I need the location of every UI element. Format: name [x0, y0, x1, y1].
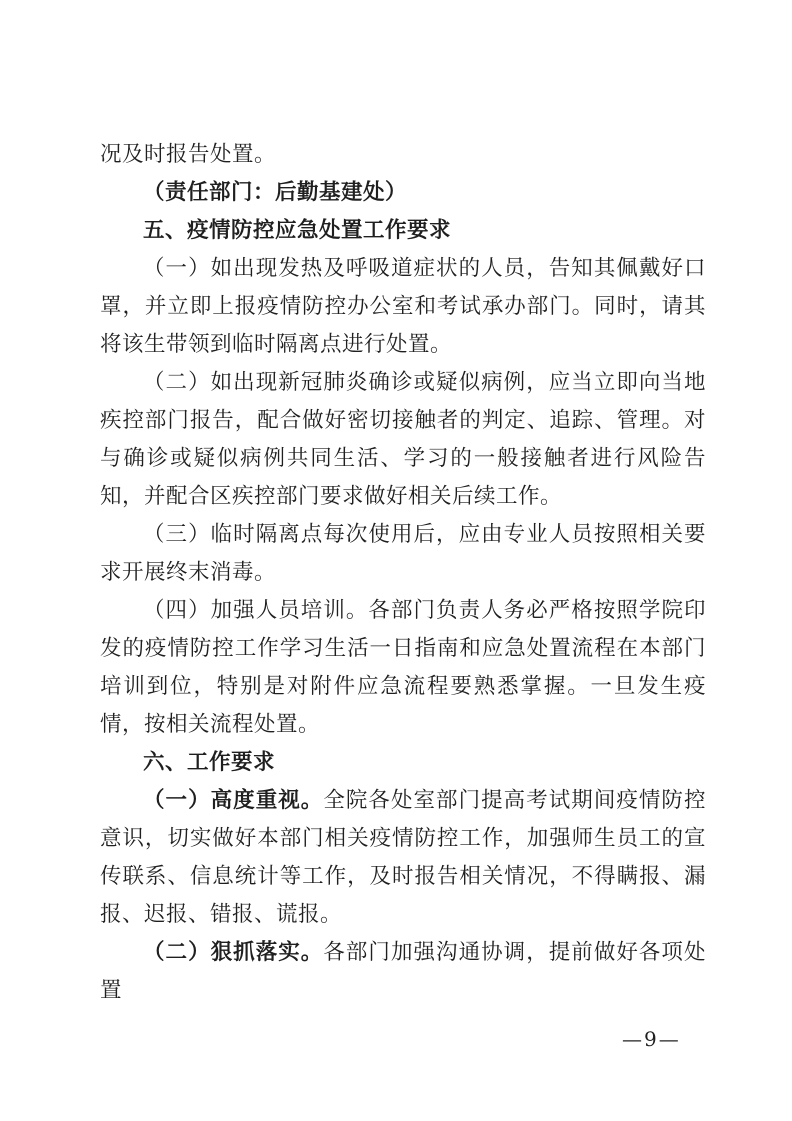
paragraph-5-2: （二）如出现新冠肺炎确诊或疑似病例，应当立即向当地疾控部门报告，配合做好密切接触… — [100, 364, 706, 516]
paragraph-6-2-lead: （二）狠抓落实。 — [143, 940, 323, 965]
heading-section-6: 六、工作要求 — [100, 744, 706, 782]
paragraph-continuation: 况及时报告处置。 — [100, 136, 706, 174]
page-number: —9— — [622, 1028, 681, 1050]
responsible-department-line: （责任部门：后勤基建处） — [100, 174, 706, 212]
paragraph-5-1: （一）如出现发热及呼吸道症状的人员，告知其佩戴好口罩，并立即上报疫情防控办公室和… — [100, 250, 706, 364]
document-page: 况及时报告处置。 （责任部门：后勤基建处） 五、疫情防控应急处置工作要求 （一）… — [0, 0, 792, 1121]
paragraph-6-1: （一）高度重视。全院各处室部门提高考试期间疫情防控意识，切实做好本部门相关疫情防… — [100, 782, 706, 934]
paragraph-6-2: （二）狠抓落实。各部门加强沟通协调，提前做好各项处置 — [100, 934, 706, 1010]
paragraph-5-4: （四）加强人员培训。各部门负责人务必严格按照学院印发的疫情防控工作学习生活一日指… — [100, 592, 706, 744]
paragraph-6-1-lead: （一）高度重视。 — [143, 788, 323, 813]
document-body: 况及时报告处置。 （责任部门：后勤基建处） 五、疫情防控应急处置工作要求 （一）… — [100, 136, 706, 1010]
heading-section-5: 五、疫情防控应急处置工作要求 — [100, 212, 706, 250]
paragraph-5-3: （三）临时隔离点每次使用后，应由专业人员按照相关要求开展终末消毒。 — [100, 516, 706, 592]
